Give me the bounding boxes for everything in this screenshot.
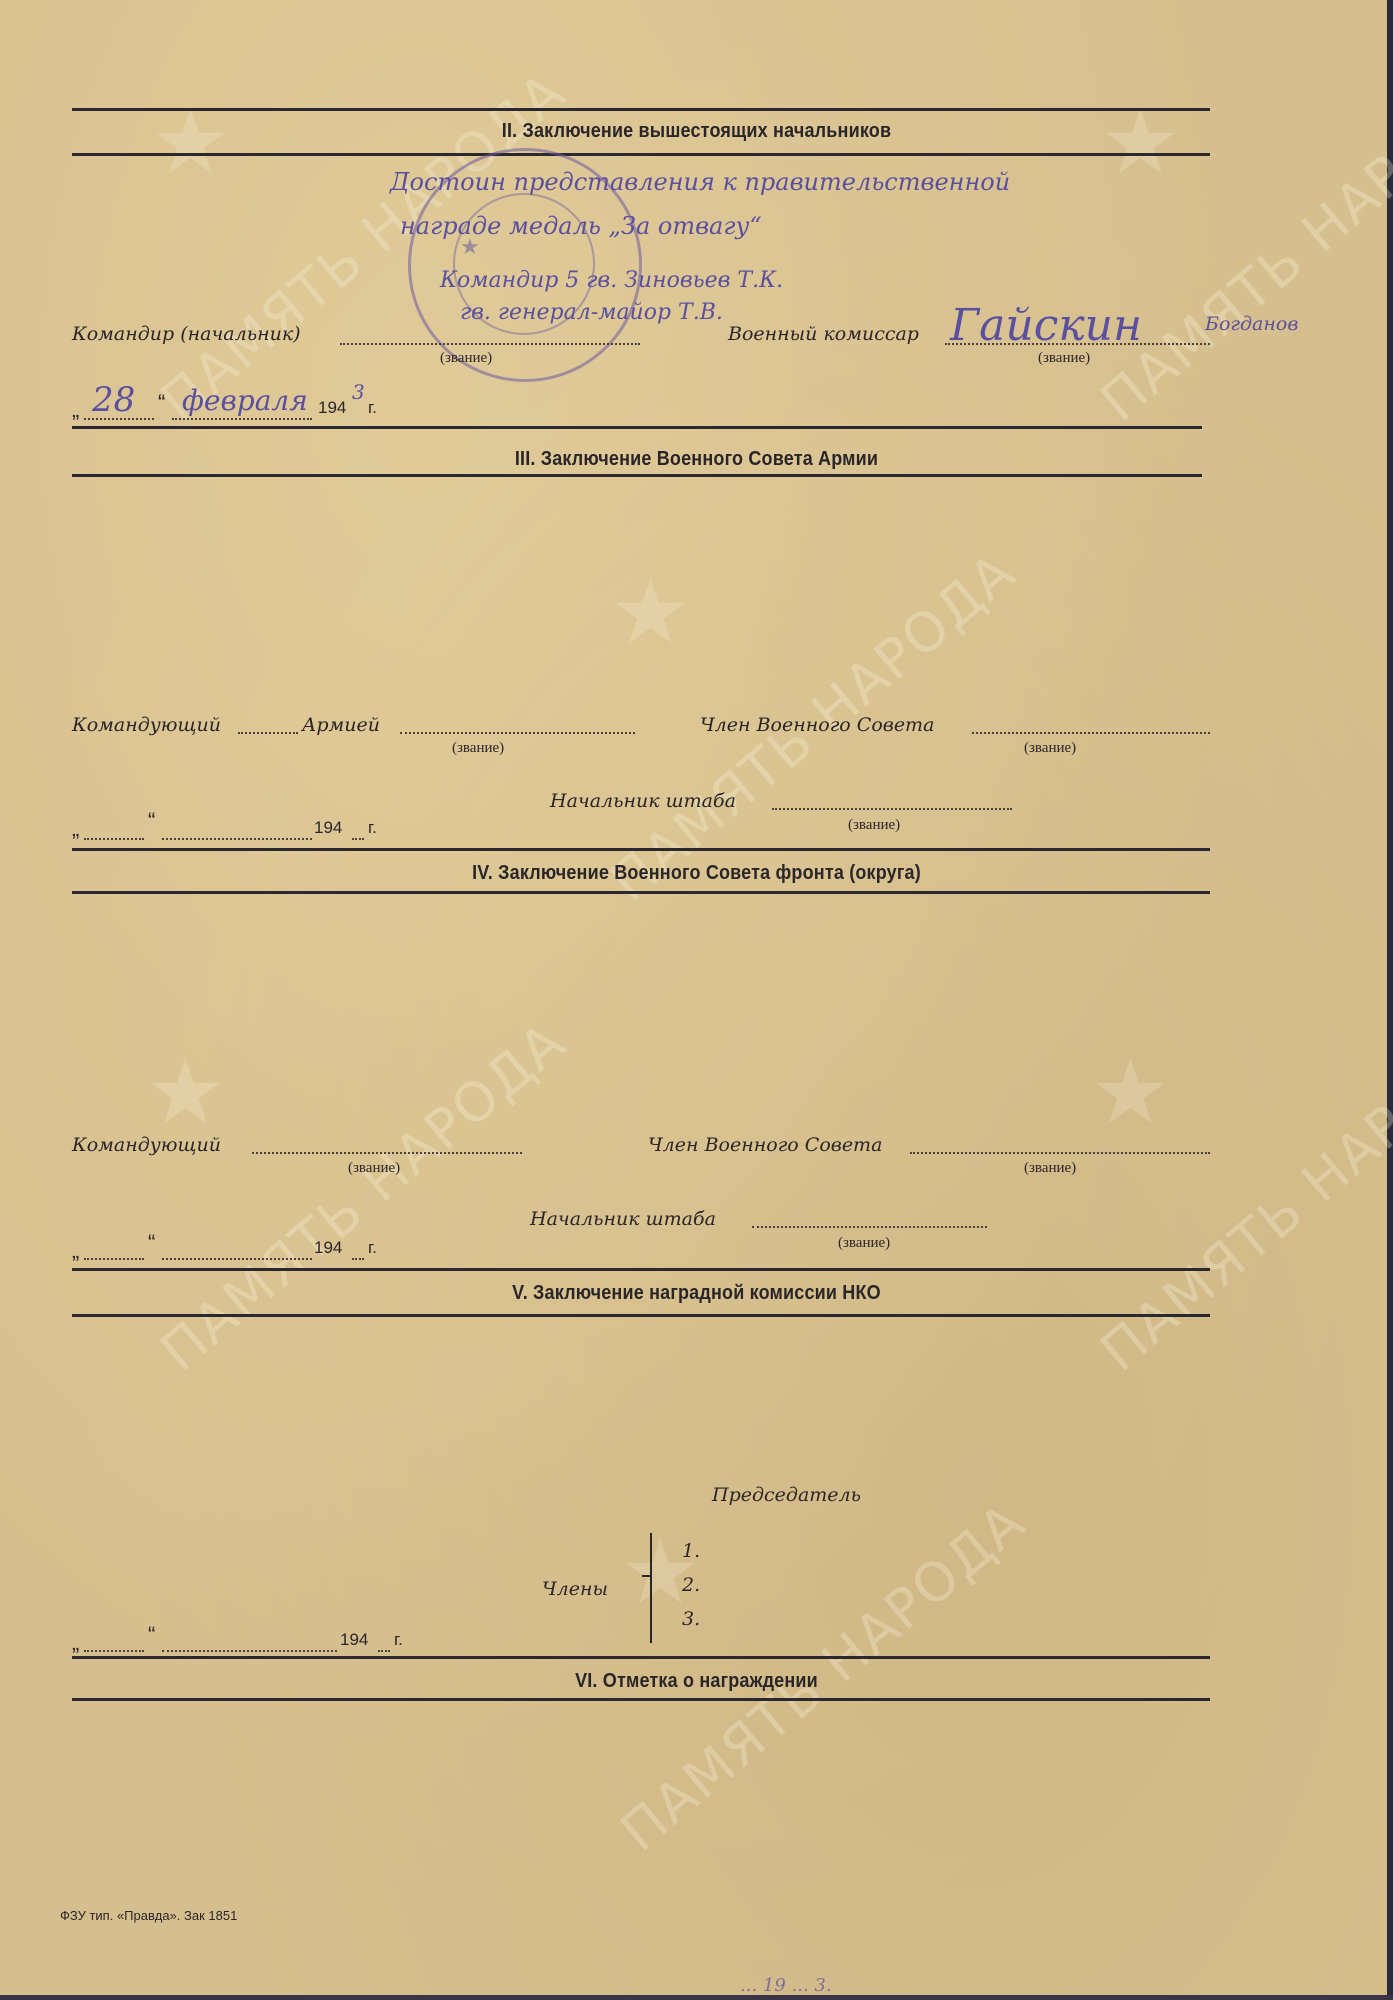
army-commander-signature-line <box>400 732 635 734</box>
date-year-line <box>378 1650 390 1652</box>
rank-caption: (звание) <box>838 1235 890 1252</box>
rank-caption: (звание) <box>440 350 492 367</box>
date-day-line <box>84 1650 144 1652</box>
handwritten-signer2: гв. генерал-майор Т.В. <box>460 300 723 325</box>
chief-of-staff-signature-line <box>752 1226 987 1228</box>
commander-label: Командир (начальник) <box>72 323 301 345</box>
date-month-line <box>162 1650 337 1652</box>
date-day-line <box>84 838 144 840</box>
date-month-line <box>162 838 312 840</box>
date-open-quote: „ <box>72 816 79 842</box>
printer-imprint: ФЗУ тип. «Правда». Зак 1851 <box>60 1908 237 1923</box>
section-divider <box>72 1656 1210 1659</box>
member-number-1: 1. <box>682 1540 700 1562</box>
chief-of-staff-label: Начальник штаба <box>530 1208 716 1230</box>
paper-edge-right <box>1387 0 1393 2000</box>
star-icon: ★ <box>145 1040 226 1145</box>
section-divider <box>72 891 1210 894</box>
front-commander-label: Командующий <box>72 1134 221 1156</box>
date-year-g: г. <box>368 818 377 838</box>
army-commander-dots <box>238 732 298 734</box>
section-3-heading: III. Заключение Военного Совета Армии <box>70 448 1324 471</box>
section-2-heading: II. Заключение вышестоящих начальников <box>70 120 1324 143</box>
section-divider <box>72 848 1210 851</box>
rank-caption: (звание) <box>1024 1160 1076 1177</box>
date-year-g: г. <box>368 398 377 418</box>
paper-edge-bottom <box>0 1995 1393 2000</box>
council-member-label: Член Военного Совета <box>648 1134 882 1156</box>
members-brace <box>650 1533 652 1643</box>
army-label: Армией <box>302 714 380 736</box>
rank-caption: (звание) <box>348 1160 400 1177</box>
rank-caption: (звание) <box>1038 350 1090 367</box>
section-divider <box>72 474 1202 477</box>
handwritten-signature: Гайскин <box>950 300 1142 351</box>
section-4-heading: IV. Заключение Военного Совета фронта (о… <box>70 862 1324 885</box>
section-divider <box>72 1268 1210 1271</box>
date-close-quote: “ <box>148 1622 155 1648</box>
handwritten-date-month: февраля <box>182 384 308 417</box>
date-year-prefix: 194 <box>340 1630 368 1650</box>
handwritten-footer-note: ... 19 ... 3. <box>740 1975 832 1996</box>
section-divider <box>72 426 1202 429</box>
members-brace-tip <box>642 1575 652 1577</box>
handwritten-signer1: Командир 5 гв. Зиновьев Т.К. <box>440 268 783 293</box>
section-divider <box>72 1698 1210 1701</box>
rank-caption: (звание) <box>848 817 900 834</box>
commissar-label: Военный комиссар <box>728 323 919 345</box>
date-close-quote: “ <box>158 390 165 416</box>
date-close-quote: “ <box>148 808 155 834</box>
section-divider <box>72 153 1210 156</box>
commander-signature-line <box>340 343 640 345</box>
members-label: Члены <box>542 1578 608 1600</box>
date-year-g: г. <box>394 1630 403 1650</box>
army-commander-label: Командующий <box>72 714 221 736</box>
chief-of-staff-label: Начальник штаба <box>550 790 736 812</box>
date-day-line <box>84 1258 144 1260</box>
date-month-line <box>172 418 312 420</box>
section-5-heading: V. Заключение наградной комиссии НКО <box>70 1282 1324 1305</box>
rank-caption: (звание) <box>1024 740 1076 757</box>
handwritten-date-year-digit: 3 <box>352 380 365 404</box>
section-divider <box>72 108 1210 111</box>
handwritten-conclusion-line1: Достоин представления к правительственно… <box>390 168 1010 196</box>
handwritten-commissar-name: Богданов <box>1205 313 1298 335</box>
chief-of-staff-signature-line <box>772 808 1012 810</box>
date-open-quote: „ <box>72 397 79 423</box>
date-close-quote: “ <box>148 1230 155 1256</box>
section-6-heading: VI. Отметка о награждении <box>70 1670 1324 1693</box>
council-member-label: Член Военного Совета <box>700 714 934 736</box>
handwritten-conclusion-line2: награде медаль „За отвагу“ <box>400 212 762 240</box>
date-year-prefix: 194 <box>314 818 342 838</box>
front-commander-signature-line <box>252 1152 522 1154</box>
section-divider <box>72 1314 1210 1317</box>
member-number-3: 3. <box>682 1608 700 1630</box>
star-icon: ★ <box>610 560 691 665</box>
rank-caption: (звание) <box>452 740 504 757</box>
date-month-line <box>162 1258 312 1260</box>
date-year-line <box>352 1258 364 1260</box>
council-member-signature-line <box>972 732 1210 734</box>
date-open-quote: „ <box>72 1630 79 1656</box>
date-year-line <box>352 838 364 840</box>
handwritten-date-day: 28 <box>92 380 135 420</box>
member-number-2: 2. <box>682 1574 700 1596</box>
chairman-label: Председатель <box>712 1484 861 1506</box>
council-member-signature-line <box>910 1152 1210 1154</box>
date-year-prefix: 194 <box>314 1238 342 1258</box>
date-year-prefix: 194 <box>318 398 346 418</box>
date-year-g: г. <box>368 1238 377 1258</box>
date-open-quote: „ <box>72 1238 79 1264</box>
star-icon: ★ <box>1090 1040 1171 1145</box>
